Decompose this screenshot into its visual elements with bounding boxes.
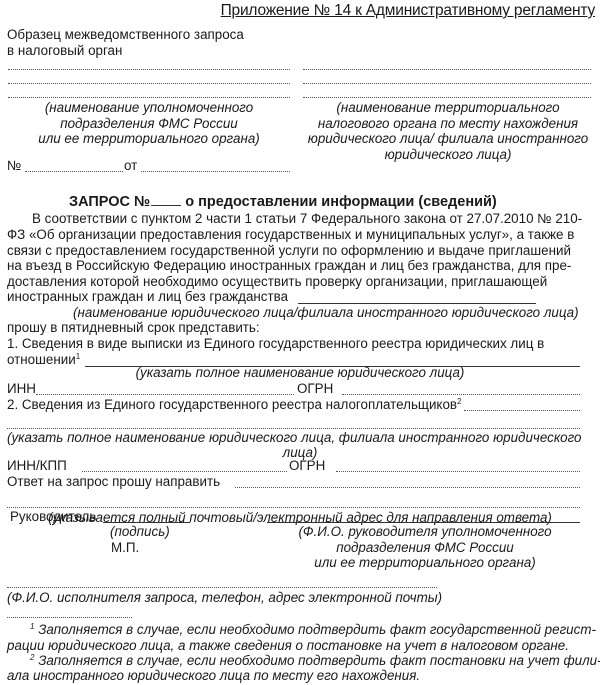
intro-line-1: В соответствии с пунктом 2 части 1 стать… [32, 211, 582, 227]
item2-field-line[interactable] [7, 428, 580, 429]
inn-field[interactable] [36, 394, 294, 395]
recipient-caption: (наименование территориального налоговог… [300, 100, 596, 162]
footnote-2-line1: 2 Заполняется в случае, если необходимо … [30, 653, 600, 669]
sender-field-line-2[interactable] [8, 83, 290, 84]
ogrn-field[interactable] [342, 394, 580, 395]
number-label: № [7, 158, 21, 174]
recipient-field-line-3[interactable] [303, 97, 591, 98]
intro-line-3: связи с предоставлением государственной … [7, 243, 571, 259]
sender-field-line-3[interactable] [8, 97, 290, 98]
request-number-field[interactable] [151, 205, 181, 206]
intro-line-5: доставления которой необходимо осуществи… [7, 274, 547, 290]
item2-field-inline[interactable] [464, 410, 580, 411]
head-name-caption: (Ф.И.О. руководителя уполномоченного под… [280, 524, 570, 571]
inn-kpp-field[interactable] [82, 471, 287, 472]
sample-label-line1: Образец межведомственного запроса [7, 27, 244, 43]
request-heading: ЗАПРОС №о предоставлении информации (све… [69, 194, 497, 210]
inn-label: ИНН [7, 381, 36, 397]
executor-field[interactable] [7, 587, 437, 588]
sample-label-line2: в налоговый орган [7, 43, 122, 59]
signature-caption: (подпись) [110, 524, 170, 540]
number-field[interactable] [25, 171, 123, 172]
sender-caption: (наименование уполномоченного подразделе… [8, 100, 290, 147]
head-label: Руководитель [10, 509, 96, 525]
reply-address-field[interactable] [235, 487, 580, 488]
intro-line-2: ФЗ «Об организации предоставления госуда… [7, 227, 574, 243]
recipient-field-line-2[interactable] [303, 83, 591, 84]
request-line: прошу в пятидневный срок представить: [7, 320, 260, 336]
item2-line1: 2. Сведения из Единого государственного … [7, 397, 461, 413]
footnote-1-line2: рации юридического лица, а также сведени… [7, 638, 569, 654]
sender-field-line-1[interactable] [8, 69, 290, 70]
footnote-separator [7, 617, 132, 618]
inn-kpp-label: ИНН/КПП [7, 458, 67, 474]
footnote-1-line1: 1 Заполняется в случае, если необходимо … [30, 622, 596, 638]
intro-line-6: иностранных граждан и лиц без гражданств… [7, 289, 288, 305]
ogrn-label: ОГРН [297, 381, 333, 397]
item2-caption-line1: (указать полное наименование юридическог… [7, 430, 582, 446]
item1-line1: 1. Сведения в виде выписки из Единого го… [7, 336, 544, 352]
seal-label: М.П. [111, 540, 139, 556]
reply-label: Ответ на запрос прошу направить [7, 474, 220, 490]
entity-caption: (наименование юридического лица/филиала … [73, 305, 579, 321]
signature-field[interactable] [103, 522, 190, 523]
entity-name-field[interactable] [298, 303, 536, 304]
head-name-field[interactable] [267, 522, 580, 523]
date-field[interactable] [141, 171, 290, 172]
recipient-field-line-1[interactable] [303, 69, 591, 70]
footnote-2-line2: ала иностранного юридического лица по ме… [7, 668, 420, 684]
item1-caption: (указать полное наименование юридическог… [0, 365, 600, 381]
executor-caption: (Ф.И.О. исполнителя запроса, телефон, ад… [7, 590, 442, 606]
item2-ogrn-label: ОГРН [289, 458, 325, 474]
intro-line-4: на въезд в Российскую Федерацию иностран… [7, 258, 571, 274]
reply-address-field-2[interactable] [7, 507, 580, 508]
item2-ogrn-field[interactable] [336, 471, 580, 472]
date-label: от [124, 158, 137, 174]
appendix-title: Приложение № 14 к Административному регл… [221, 2, 595, 20]
